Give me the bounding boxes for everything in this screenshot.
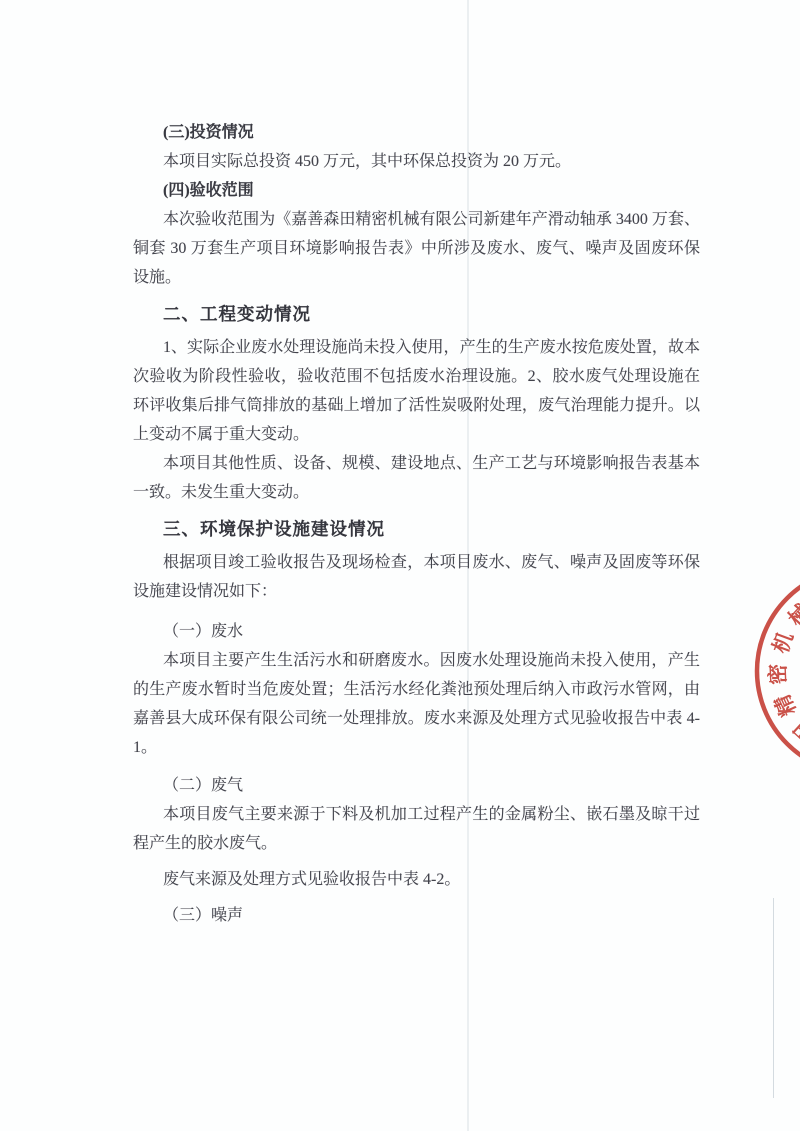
document-text-block: (三)投资情况 本项目实际总投资 450 万元，其中环保总投资为 20 万元。 … <box>133 118 700 930</box>
heading-env-facilities: 三、环境保护设施建设情况 <box>133 513 700 545</box>
svg-text:田: 田 <box>788 715 800 747</box>
para-waste-gas: 本项目废气主要来源于下料及机加工过程产生的金属粉尘、嵌石墨及晾干过程产生的胶水废… <box>133 800 700 858</box>
para-facilities-intro: 根据项目竣工验收报告及现场检查，本项目废水、废气、噪声及固废等环保设施建设情况如… <box>133 548 700 606</box>
para-wastewater: 本项目主要产生生活污水和研磨废水。因废水处理设施尚未投入使用，产生的生产废水暂时… <box>133 646 700 762</box>
paper-edge-line <box>773 898 774 1098</box>
svg-text:机: 机 <box>768 629 798 657</box>
para-waste-gas-table-ref: 废气来源及处理方式见验收报告中表 4-2。 <box>133 865 700 894</box>
subhead-investment: (三)投资情况 <box>133 118 700 147</box>
subhead-acceptance-scope: (四)验收范围 <box>133 176 700 205</box>
heading-project-changes: 二、工程变动情况 <box>133 298 700 330</box>
subhead-waste-gas: （二）废气 <box>133 771 700 800</box>
para-acceptance-scope: 本次验收范围为《嘉善森田精密机械有限公司新建年产滑动轴承 3400 万套、铜套 … <box>133 205 700 292</box>
paper-background: (三)投资情况 本项目实际总投资 450 万元，其中环保总投资为 20 万元。 … <box>0 0 800 1131</box>
para-changes-1: 1、实际企业废水处理设施尚未投入使用，产生的生产废水按危废处置，故本次验收为阶段… <box>133 333 700 449</box>
subhead-wastewater: （一）废水 <box>133 617 700 646</box>
svg-text:械: 械 <box>784 599 800 631</box>
scanned-document-page: { "doc": { "paragraphs": [ { "type": "bo… <box>0 0 800 1131</box>
para-changes-2: 本项目其他性质、设备、规模、建设地点、生产工艺与环境影响报告表基本一致。未发生重… <box>133 449 700 507</box>
svg-text:密: 密 <box>766 663 791 685</box>
company-seal-stamp: 嘉善森田精密机械有限公司 <box>745 556 800 786</box>
subhead-noise: （三）噪声 <box>133 901 700 930</box>
para-investment: 本项目实际总投资 450 万元，其中环保总投资为 20 万元。 <box>133 147 700 176</box>
svg-text:精: 精 <box>770 691 800 720</box>
